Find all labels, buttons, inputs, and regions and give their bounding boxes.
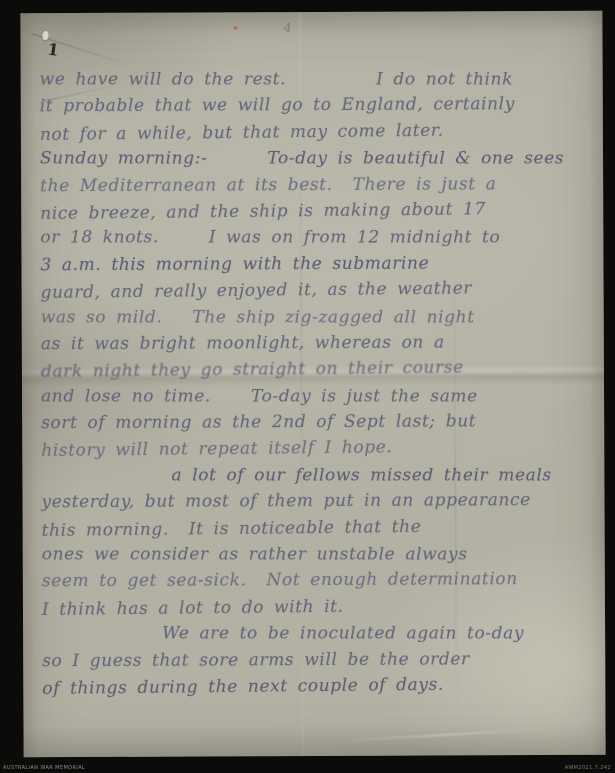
letter-line: Sunday morning:- To-day is beautiful & o… <box>40 149 599 175</box>
letter-line: history will not repeat itself I hope. <box>41 436 600 468</box>
letter-line: We are to be inoculated again to-day <box>42 624 601 650</box>
letter-line: dark night they go straight on their cou… <box>41 356 600 388</box>
handwritten-text-block: we have will do the rest. I do not think… <box>40 68 602 704</box>
letter-line: was so mild. The ship zig-zagged all nig… <box>41 307 600 333</box>
paper-crease <box>344 727 544 741</box>
letter-line: seem to get sea-sick. Not enough determi… <box>42 569 601 598</box>
letter-line: and lose no time. To-day is just the sam… <box>41 386 600 412</box>
scanned-letter-viewer: 1 4 we have will do the rest. I do not t… <box>0 0 615 773</box>
letter-line: so I guess that sore arms will be the or… <box>42 648 601 677</box>
letter-line: we have will do the rest. I do not think <box>40 69 599 95</box>
paper-speck <box>233 26 237 29</box>
watermark-reference-number: AWM2021.7.242 <box>565 765 611 771</box>
letter-line: or 18 knots. I was on from 12 midnight t… <box>40 228 599 254</box>
letter-line: it probable that we will go to England, … <box>40 94 599 123</box>
letter-line: ones we consider as rather unstable alwa… <box>42 544 601 570</box>
letter-line: yesterday, but most of them put in an ap… <box>41 490 600 519</box>
archive-corner-mark: 1 <box>46 39 60 59</box>
letter-line: the Mediterranean at its best. There is … <box>40 173 599 202</box>
letter-line: of things during the next couple of days… <box>42 673 601 705</box>
letter-line: guard, and really enjoyed it, as the wea… <box>40 277 599 309</box>
letter-line: nice breeze, and the ship is making abou… <box>40 198 599 230</box>
page-number: 4 <box>283 21 291 36</box>
paper-chip-mark <box>42 31 48 40</box>
letter-page: 1 4 we have will do the rest. I do not t… <box>20 11 605 758</box>
letter-line: a lot of our fellows missed their meals <box>41 465 600 491</box>
letter-line: this morning. It is noticeable that the <box>42 515 601 547</box>
letter-line: not for a while, but that may come later… <box>40 119 599 151</box>
watermark-institution: AUSTRALIAN WAR MEMORIAL <box>3 765 85 771</box>
letter-line: I think has a lot to do with it. <box>42 594 601 626</box>
